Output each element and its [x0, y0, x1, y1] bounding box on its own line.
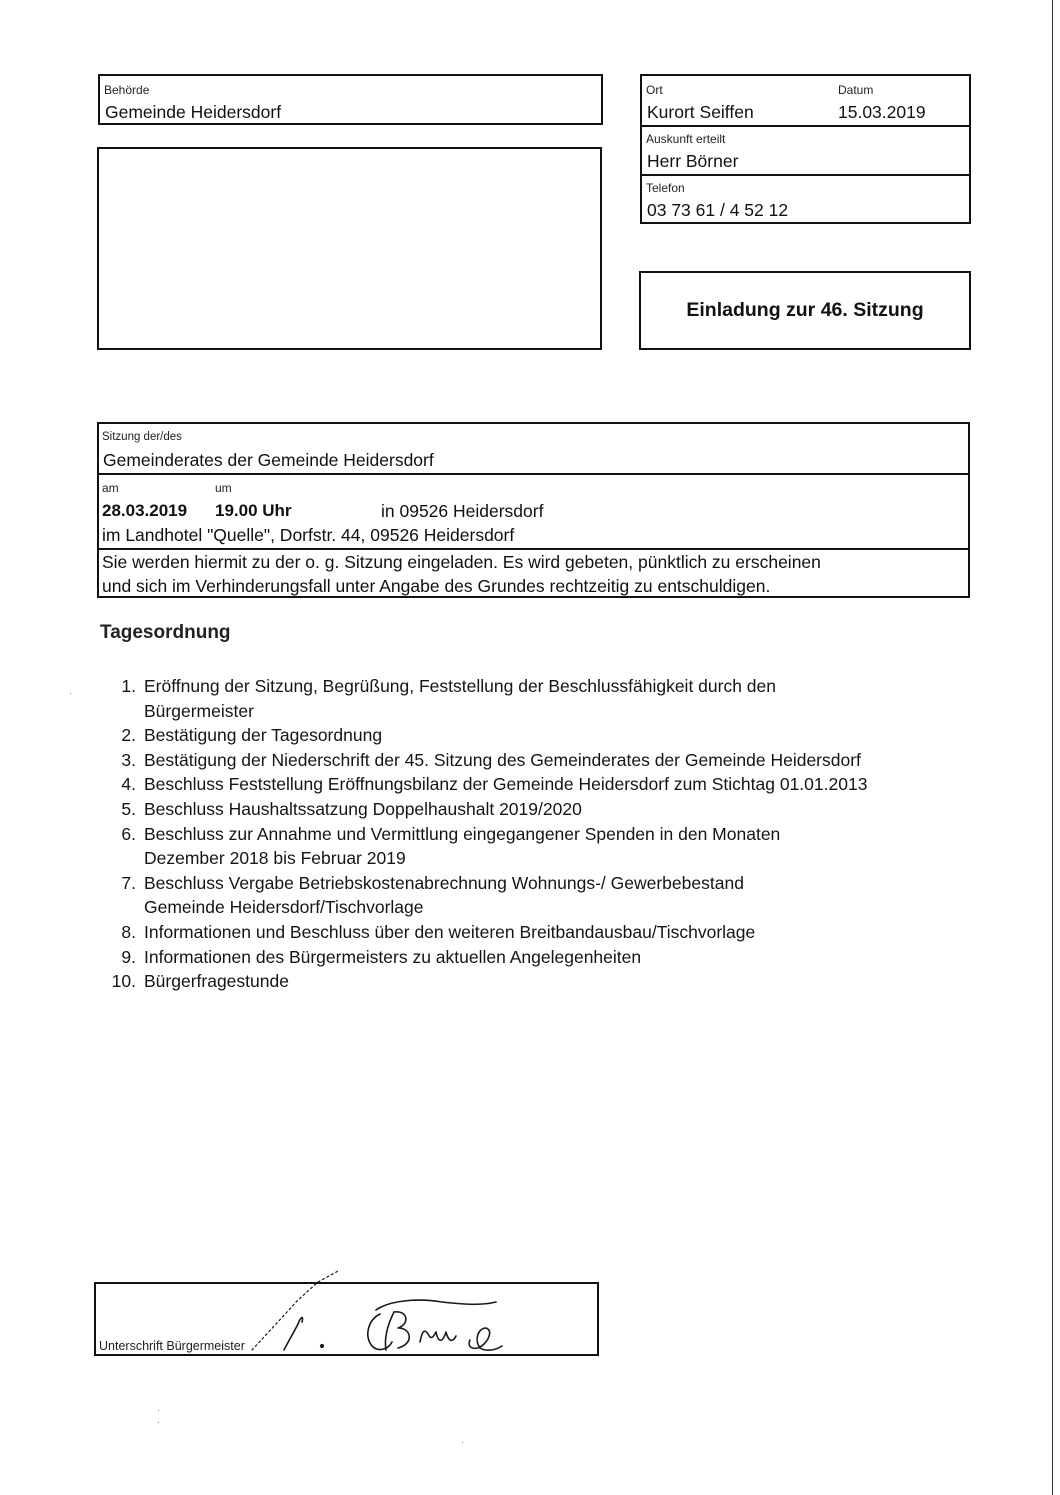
agenda-item-number: 5.	[100, 797, 136, 822]
address-window	[97, 147, 602, 350]
scan-speck	[158, 1422, 159, 1423]
meeting-time-label: um	[215, 481, 232, 495]
agenda-item-text: Beschluss Vergabe Betriebskostenabrechnu…	[144, 871, 980, 896]
agenda-item: 5.Beschluss Haushaltssatzung Doppelhaush…	[100, 797, 980, 822]
agenda-item-number: 7.	[100, 871, 136, 896]
agenda-item-number: 8.	[100, 920, 136, 945]
agenda-item-text: Bestätigung der Tagesordnung	[144, 723, 980, 748]
meeting-date-value: 28.03.2019	[102, 500, 187, 522]
page-edge-line	[1052, 0, 1053, 1495]
agenda-item: 10.Bürgerfragestunde	[100, 969, 980, 994]
agenda-item-text: Bestätigung der Niederschrift der 45. Si…	[144, 748, 980, 773]
agenda-item-text: Beschluss Haushaltssatzung Doppelhaushal…	[144, 797, 980, 822]
document-title: Einladung zur 46. Sitzung	[686, 299, 923, 322]
agenda-item: 2.Bestätigung der Tagesordnung	[100, 723, 980, 748]
agenda-item-number: 4.	[100, 772, 136, 797]
agenda-item-number: 6.	[100, 822, 136, 847]
agenda-item-text: Informationen des Bürgermeisters zu aktu…	[144, 945, 980, 970]
phone-row: Telefon 03 73 61 / 4 52 12	[642, 174, 969, 224]
agenda-item: 4.Beschluss Feststellung Eröffnungsbilan…	[100, 772, 980, 797]
agenda-item-text: Dezember 2018 bis Februar 2019	[144, 846, 980, 871]
agenda-item: 6.Beschluss zur Annahme und Vermittlung …	[100, 822, 980, 871]
info-box: Ort Datum Kurort Seiffen 15.03.2019 Ausk…	[640, 74, 971, 224]
sender-value: Gemeinde Heidersdorf	[105, 101, 281, 123]
scan-speck	[158, 1410, 159, 1411]
contact-value: Herr Börner	[647, 150, 738, 172]
scan-speck	[462, 1442, 463, 1443]
sender-label: Behörde	[104, 83, 149, 97]
agenda-item-text: Eröffnung der Sitzung, Begrüßung, Festst…	[144, 674, 980, 699]
meeting-time-value: 19.00 Uhr	[215, 500, 292, 522]
meeting-town-value: in 09526 Heidersdorf	[381, 500, 543, 522]
meeting-date-label: am	[102, 481, 119, 495]
meeting-time-section: am um 28.03.2019 19.00 Uhr in 09526 Heid…	[99, 473, 968, 548]
agenda-item-text: Gemeinde Heidersdorf/Tischvorlage	[144, 895, 980, 920]
agenda-title: Tagesordnung	[100, 622, 231, 644]
phone-label: Telefon	[646, 181, 685, 195]
date-label: Datum	[838, 83, 873, 97]
sender-box: Behörde Gemeinde Heidersdorf	[98, 74, 603, 125]
meeting-box: Sitzung der/des Gemeinderates der Gemein…	[97, 422, 970, 598]
place-value: Kurort Seiffen	[647, 101, 754, 123]
place-date-row: Ort Datum Kurort Seiffen 15.03.2019	[642, 76, 969, 125]
meeting-notice-section: Sie werden hiermit zu der o. g. Sitzung …	[99, 548, 968, 598]
meeting-body-section: Sitzung der/des Gemeinderates der Gemein…	[99, 424, 968, 473]
date-value: 15.03.2019	[838, 101, 926, 123]
agenda-item-number: 3.	[100, 748, 136, 773]
place-label: Ort	[646, 83, 663, 97]
meeting-venue-value: im Landhotel "Quelle", Dorfstr. 44, 0952…	[102, 524, 514, 546]
meeting-notice-line1: Sie werden hiermit zu der o. g. Sitzung …	[102, 551, 821, 573]
title-box: Einladung zur 46. Sitzung	[639, 271, 971, 350]
meeting-body-value: Gemeinderates der Gemeinde Heidersdorf	[103, 449, 434, 471]
agenda-item-number: 9.	[100, 945, 136, 970]
agenda-item: 8.Informationen und Beschluss über den w…	[100, 920, 980, 945]
contact-row: Auskunft erteilt Herr Börner	[642, 125, 969, 174]
agenda-item-text: Beschluss zur Annahme und Vermittlung ei…	[144, 822, 980, 847]
meeting-notice-line2: und sich im Verhinderungsfall unter Anga…	[102, 575, 770, 597]
agenda-item: 1.Eröffnung der Sitzung, Begrüßung, Fest…	[100, 674, 980, 723]
agenda-item-text: Informationen und Beschluss über den wei…	[144, 920, 980, 945]
agenda-item: 7.Beschluss Vergabe Betriebskostenabrech…	[100, 871, 980, 920]
handwritten-signature-icon	[180, 1262, 540, 1362]
agenda-item-number: 10.	[100, 969, 136, 994]
scan-speck	[70, 693, 71, 694]
contact-label: Auskunft erteilt	[646, 132, 725, 146]
agenda-item-text: Bürgerfragestunde	[144, 969, 980, 994]
agenda-item-text: Beschluss Feststellung Eröffnungsbilanz …	[144, 772, 980, 797]
phone-value: 03 73 61 / 4 52 12	[647, 199, 788, 221]
agenda-item-number: 2.	[100, 723, 136, 748]
agenda-item-text: Bürgermeister	[144, 699, 980, 724]
agenda-item: 9.Informationen des Bürgermeisters zu ak…	[100, 945, 980, 970]
meeting-body-label: Sitzung der/des	[102, 430, 182, 444]
agenda-item-number: 1.	[100, 674, 136, 699]
agenda-item: 3.Bestätigung der Niederschrift der 45. …	[100, 748, 980, 773]
agenda-list: 1.Eröffnung der Sitzung, Begrüßung, Fest…	[100, 674, 980, 994]
